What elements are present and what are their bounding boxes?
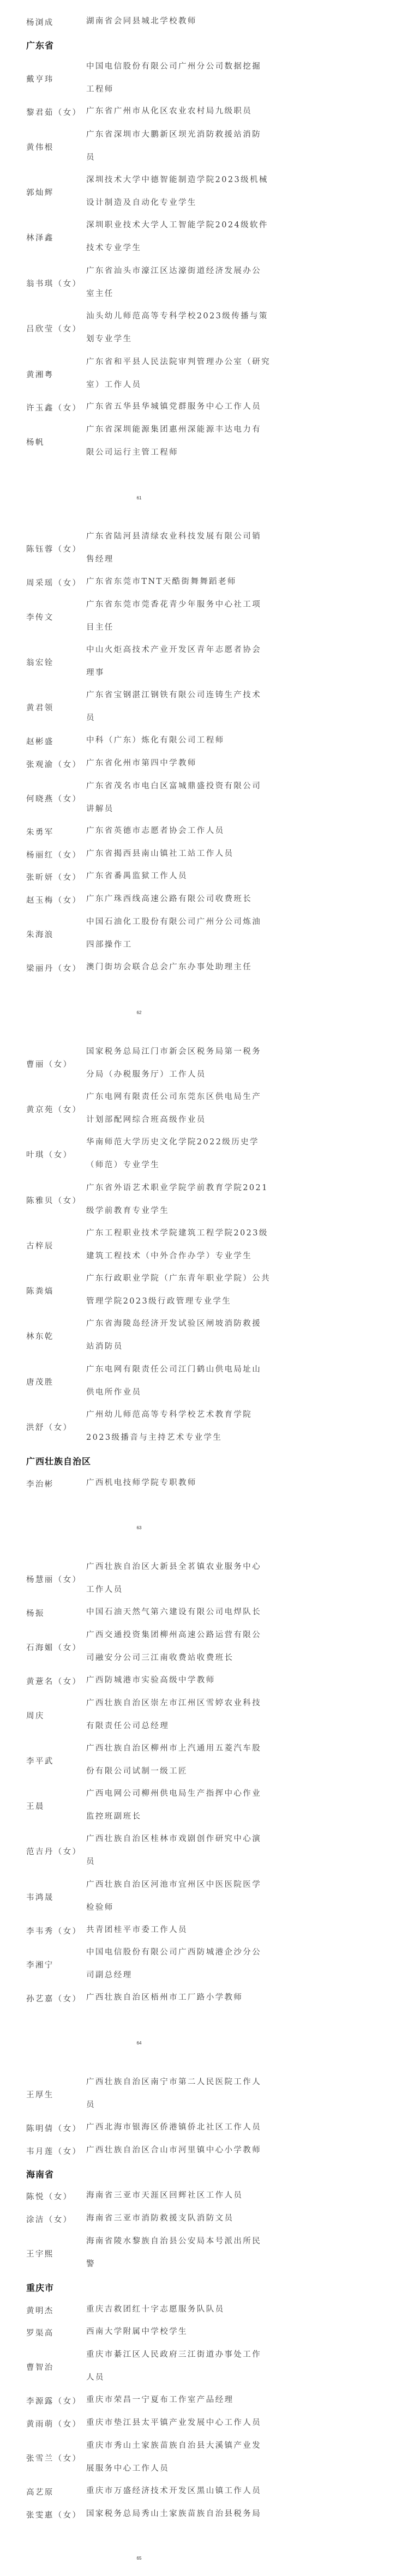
affiliation-line: 四部操作工 — [86, 934, 250, 957]
honoree-affiliation: 广东省东莞市莞香花青少年服务中心社工项目主任 — [86, 594, 250, 639]
affiliation-line: 广西防城港市实验高级中学教师 — [86, 1669, 250, 1692]
honoree-name: 黄湘粤 — [26, 369, 54, 380]
affiliation-line: 汕头幼儿师范高等专科学校2023级传播与策 — [86, 305, 250, 328]
honoree-affiliation: 中山火炬高技术产业开发区青年志愿者协会理事 — [86, 639, 250, 684]
affiliation-line: 广西机电技师学院专职教师 — [86, 1472, 250, 1495]
honoree-affiliation: 华南师范大学历史文化学院2022级历史学（师范）专业学生 — [86, 1131, 250, 1177]
honoree-affiliation: 广州幼儿师范高等专科学校艺术教育学院2023级播音与主持艺术专业学生 — [86, 1404, 250, 1449]
province-heading: 广东省 — [26, 39, 54, 51]
honoree-name: 张雯惠（女） — [26, 2509, 81, 2520]
honoree-affiliation: 重庆吉救团红十字志愿服务队队员 — [86, 2299, 250, 2321]
affiliation-line: 广西壮族自治区大新县全茗镇农业服务中心 — [86, 1556, 250, 1579]
affiliation-line: 检验师 — [86, 1897, 250, 1920]
honoree-affiliation: 广东广珠西线高速公路有限公司收费班长 — [86, 888, 250, 911]
honoree-name: 高艺原 — [26, 2486, 54, 2497]
honoree-affiliation: 湖南省会同县城北学校教师 — [86, 10, 250, 33]
affiliation-line: 广东省外语艺术职业学院学前教育学院2021 — [86, 1177, 250, 1200]
affiliation-line: 广西壮族自治区南宁市第二人民医院工作人 — [86, 2071, 250, 2094]
honoree-name: 林东乾 — [26, 1330, 54, 1342]
honoree-affiliation: 中科（广东）炼化有限公司工程师 — [86, 729, 250, 752]
affiliation-line: 广东省海陵岛经济开发试验区闸坡消防救援 — [86, 1313, 250, 1336]
affiliation-line: 广东行政职业学院（广东青年职业学院）公共 — [86, 1268, 250, 1290]
affiliation-line: 广东省东莞市莞香花青少年服务中心社工项 — [86, 594, 250, 617]
honoree-affiliation: 广西壮族自治区柳州市上汽通用五菱汽车股份有限公司试制一级工匠 — [86, 1738, 250, 1783]
honoree-affiliation: 广东省深圳市大鹏新区坝光消防救援站消防员 — [86, 124, 250, 169]
honoree-affiliation: 广西机电技师学院专职教师 — [86, 1472, 250, 1495]
honoree-affiliation: 重庆市荣昌一宁夏布工作室产品经理 — [86, 2389, 250, 2412]
affiliation-line: 理事 — [86, 662, 250, 685]
honoree-affiliation: 广东省东莞市TNT天酷街舞舞蹈老师 — [86, 571, 250, 594]
honoree-name: 王晨 — [26, 1800, 45, 1812]
honoree-name: 李源露（女） — [26, 2395, 81, 2406]
affiliation-line: 计划部配网综合班高级作业员 — [86, 1109, 250, 1132]
affiliation-line: 警 — [86, 2253, 250, 2276]
affiliation-line: 广西壮族自治区河池市宜州区中医医院医学 — [86, 1874, 250, 1897]
honoree-name: 郭灿辉 — [26, 186, 54, 198]
affiliation-line: 广西壮族自治区桂林市戏剧创作研究中心演 — [86, 1828, 250, 1851]
honoree-name: 周庆 — [26, 1710, 45, 1721]
honoree-name: 陈悦（女） — [26, 2191, 73, 2202]
honoree-name: 吕欣莹（女） — [26, 323, 81, 334]
affiliation-line: 中国电信股份有限公司广州分公司数据挖掘 — [86, 56, 250, 79]
honoree-affiliation: 深圳职业技术大学人工智能学院2024级软件技术专业学生 — [86, 214, 250, 260]
affiliation-line: 重庆市荣昌一宁夏布工作室产品经理 — [86, 2389, 250, 2412]
honoree-name: 杨慧丽（女） — [26, 1573, 81, 1585]
honoree-name: 朱勇军 — [26, 826, 54, 837]
affiliation-line: 限公司运行主管工程师 — [86, 442, 250, 464]
honoree-name: 梁丽丹（女） — [26, 962, 81, 974]
honoree-affiliation: 重庆市垫江县太平镇产业发展中心工作人员 — [86, 2412, 250, 2435]
honoree-affiliation: 广东省汕头市濠江区达濠街道经济发展办公室主任 — [86, 260, 250, 305]
affiliation-line: 中山火炬高技术产业开发区青年志愿者协会 — [86, 639, 250, 662]
honoree-affiliation: 广西交通投资集团柳州高速公路运营有限公司融安分公司三江南收费站收费班长 — [86, 1624, 250, 1669]
honoree-affiliation: 广东省揭西县南山镇社工站工作人员 — [86, 843, 250, 866]
page-number: 63 — [0, 1525, 278, 1530]
affiliation-line: 广东工程职业技术学院建筑工程学院2023级 — [86, 1222, 250, 1245]
honoree-name: 翁宏铨 — [26, 656, 54, 668]
honoree-name: 石海媚（女） — [26, 1642, 81, 1653]
honoree-name: 曹丽（女） — [26, 1058, 73, 1070]
affiliation-line: （师范）专业学生 — [86, 1154, 250, 1177]
affiliation-line: 广东广珠西线高速公路有限公司收费班长 — [86, 888, 250, 911]
honoree-name: 翁书琪（女） — [26, 277, 81, 289]
honoree-affiliation: 广东省深圳能源集团惠州深能源丰达电力有限公司运行主管工程师 — [86, 419, 250, 464]
affiliation-line: 工程师 — [86, 79, 250, 101]
affiliation-line: 重庆市秀山土家族苗族自治县大溪镇产业发 — [86, 2435, 250, 2458]
honoree-name: 黎君茹（女） — [26, 106, 81, 118]
honoree-name: 范吉丹（女） — [26, 1845, 81, 1857]
honoree-affiliation: 广东省英德市志愿者协会工作人员 — [86, 820, 250, 843]
affiliation-line: 广西壮族自治区合山市河里镇中心小学教师 — [86, 2139, 250, 2162]
affiliation-line: 2023级播音与主持艺术专业学生 — [86, 1427, 250, 1450]
honoree-name: 叶琪（女） — [26, 1149, 73, 1160]
affiliation-line: 广西交通投资集团柳州高速公路运营有限公 — [86, 1624, 250, 1647]
affiliation-line: 员 — [86, 2094, 250, 2117]
affiliation-line: 重庆市垫江县太平镇产业发展中心工作人员 — [86, 2412, 250, 2435]
affiliation-line: 展服务中心工作人员 — [86, 2458, 250, 2481]
affiliation-line: 供电所作业员 — [86, 1381, 250, 1404]
affiliation-line: 售经理 — [86, 548, 250, 571]
affiliation-line: 深圳技术大学中德智能制造学院2023级机械 — [86, 169, 250, 192]
honoree-affiliation: 广西壮族自治区合山市河里镇中心小学教师 — [86, 2139, 250, 2162]
honoree-name: 何晓燕（女） — [26, 793, 81, 804]
honoree-name: 李平武 — [26, 1755, 54, 1766]
affiliation-line: 湖南省会同县城北学校教师 — [86, 10, 250, 33]
affiliation-line: 重庆吉救团红十字志愿服务队队员 — [86, 2299, 250, 2321]
honoree-affiliation: 广西防城港市实验高级中学教师 — [86, 1669, 250, 1692]
honoree-name: 陈钰蓉（女） — [26, 543, 81, 554]
affiliation-line: 澳门街坊会联合总会广东办事处助理主任 — [86, 956, 250, 979]
honoree-affiliation: 中国石油化工股份有限公司广州分公司炼油四部操作工 — [86, 911, 250, 956]
affiliation-line: 广东省深圳市大鹏新区坝光消防救援站消防 — [86, 124, 250, 147]
honoree-affiliation: 广西壮族自治区崇左市江州区雪婷农业科技有限责任公司总经理 — [86, 1692, 250, 1738]
honoree-affiliation: 广东省和平县人民法院审判管理办公室（研究室）工作人员 — [86, 351, 250, 396]
honoree-name: 戴亨玮 — [26, 73, 54, 85]
affiliation-line: 西南大学附属中学校学生 — [86, 2321, 250, 2344]
affiliation-line: 员 — [86, 707, 250, 730]
affiliation-line: 广西壮族自治区梧州市工厂路小学教师 — [86, 1987, 250, 2010]
honoree-name: 张观渝（女） — [26, 758, 81, 770]
honoree-name: 赵玉梅（女） — [26, 894, 81, 906]
affiliation-line: 司副总经理 — [86, 1964, 250, 1987]
honoree-name: 曹智治 — [26, 2361, 54, 2373]
affiliation-line: 海南省陵水黎族自治县公安局本号派出所民 — [86, 2230, 250, 2253]
affiliation-line: 级学前教育专业学生 — [86, 1200, 250, 1223]
honoree-name: 黄君领 — [26, 702, 54, 713]
honoree-affiliation: 广东省外语艺术职业学院学前教育学院2021级学前教育专业学生 — [86, 1177, 250, 1222]
honoree-name: 杨振 — [26, 1607, 45, 1619]
page-number: 65 — [0, 2556, 278, 2561]
honoree-name: 李韦秀（女） — [26, 1925, 81, 1936]
affiliation-line: 广西壮族自治区柳州市上汽通用五菱汽车股 — [86, 1738, 250, 1760]
affiliation-line: 广东省茂名市电白区富城鼎盛投资有限公司 — [86, 775, 250, 798]
honoree-affiliation: 国家税务总局江门市新会区税务局第一税务分局（办税服务厅）工作人员 — [86, 1041, 250, 1086]
honoree-name: 杨帆 — [26, 436, 45, 448]
honoree-name: 涂洁（女） — [26, 2213, 73, 2225]
honoree-affiliation: 广西壮族自治区南宁市第二人民医院工作人员 — [86, 2071, 250, 2116]
honoree-affiliation: 共青团桂平市委工作人员 — [86, 1919, 250, 1942]
affiliation-line: 中国石油天然气第六建设有限公司电焊队长 — [86, 1601, 250, 1624]
affiliation-line: 广东省汕头市濠江区达濠街道经济发展办公 — [86, 260, 250, 283]
honoree-affiliation: 深圳技术大学中德智能制造学院2023级机械设计制造及自动化专业学生 — [86, 169, 250, 214]
affiliation-line: 目主任 — [86, 617, 250, 640]
affiliation-line: 监控班副班长 — [86, 1806, 250, 1829]
affiliation-line: 员 — [86, 147, 250, 170]
affiliation-line: 广州幼儿师范高等专科学校艺术教育学院 — [86, 1404, 250, 1427]
honoree-affiliation: 广东省广州市从化区农业农村局九级职员 — [86, 100, 250, 123]
affiliation-line: 讲解员 — [86, 798, 250, 821]
affiliation-line: 分局（办税服务厅）工作人员 — [86, 1064, 250, 1087]
honoree-affiliation: 广东省五华县华城镇党群服务中心工作人员 — [86, 396, 250, 419]
affiliation-line: 管理学院2023级行政管理专业学生 — [86, 1290, 250, 1313]
honoree-name: 张昕妍（女） — [26, 871, 81, 883]
affiliation-line: 中国石油化工股份有限公司广州分公司炼油 — [86, 911, 250, 934]
honoree-affiliation: 海南省三亚市消防救援支队消防文员 — [86, 2207, 250, 2230]
honoree-affiliation: 汕头幼儿师范高等专科学校2023级传播与策划专业学生 — [86, 305, 250, 351]
honoree-affiliation: 广东电网有限责任公司东莞东区供电局生产计划部配网综合班高级作业员 — [86, 1086, 250, 1131]
honoree-affiliation: 重庆市万盛经济技术开发区黑山镇工作人员 — [86, 2480, 250, 2503]
honoree-name: 黄伟根 — [26, 141, 54, 153]
honoree-affiliation: 广西壮族自治区大新县全茗镇农业服务中心工作人员 — [86, 1556, 250, 1601]
affiliation-line: 深圳职业技术大学人工智能学院2024级软件 — [86, 214, 250, 237]
affiliation-line: 重庆市綦江区人民政府三江街道办事处工作 — [86, 2344, 250, 2367]
honoree-name: 杨丽红（女） — [26, 849, 81, 860]
honoree-name: 黄薏名（女） — [26, 1675, 81, 1687]
affiliation-line: 室）工作人员 — [86, 374, 250, 397]
affiliation-line: 共青团桂平市委工作人员 — [86, 1919, 250, 1942]
page-number: 64 — [0, 2041, 278, 2046]
honoree-affiliation: 西南大学附属中学校学生 — [86, 2321, 250, 2344]
honoree-affiliation: 广西电网公司柳州供电局生产指挥中心作业监控班副班长 — [86, 1783, 250, 1828]
honoree-affiliation: 重庆市綦江区人民政府三江街道办事处工作人员 — [86, 2344, 250, 2389]
affiliation-line: 广东省英德市志愿者协会工作人员 — [86, 820, 250, 843]
honoree-affiliation: 中国电信股份有限公司广西防城港企沙分公司副总经理 — [86, 1941, 250, 1987]
honoree-affiliation: 广西壮族自治区桂林市戏剧创作研究中心演员 — [86, 1828, 250, 1873]
affiliation-line: 广东省深圳能源集团惠州深能源丰达电力有 — [86, 419, 250, 442]
honoree-affiliation: 广东省海陵岛经济开发试验区闸坡消防救援站消防员 — [86, 1313, 250, 1358]
honoree-name: 唐茂胜 — [26, 1376, 54, 1387]
honoree-affiliation: 广东省化州市第四中学教师 — [86, 752, 250, 775]
affiliation-line: 海南省三亚市消防救援支队消防文员 — [86, 2207, 250, 2230]
honoree-affiliation: 广西北海市银海区侨港镇侨北社区工作人员 — [86, 2116, 250, 2139]
honoree-affiliation: 广东省陆河县清绿农业科技发展有限公司销售经理 — [86, 526, 250, 571]
honoree-affiliation: 重庆市秀山土家族苗族自治县大溪镇产业发展服务中心工作人员 — [86, 2435, 250, 2480]
honoree-name: 王宇熙 — [26, 2248, 54, 2259]
province-heading: 海南省 — [26, 2168, 54, 2180]
honoree-name: 赵彬盛 — [26, 735, 54, 747]
honoree-name: 韦月莲（女） — [26, 2145, 81, 2157]
honoree-affiliation: 广东行政职业学院（广东青年职业学院）公共管理学院2023级行政管理专业学生 — [86, 1268, 250, 1313]
affiliation-line: 华南师范大学历史文化学院2022级历史学 — [86, 1131, 250, 1154]
honoree-affiliation: 海南省陵水黎族自治县公安局本号派出所民警 — [86, 2230, 250, 2276]
affiliation-line: 广东省东莞市TNT天酷街舞舞蹈老师 — [86, 571, 250, 594]
honoree-name: 古梓辰 — [26, 1240, 54, 1251]
affiliation-line: 员 — [86, 1851, 250, 1874]
honoree-name: 黄明杰 — [26, 2304, 54, 2316]
honoree-affiliation: 澳门街坊会联合总会广东办事处助理主任 — [86, 956, 250, 979]
honoree-affiliation: 国家税务总局秀山土家族苗族自治县税务局 — [86, 2503, 250, 2526]
affiliation-line: 中国电信股份有限公司广西防城港企沙分公 — [86, 1941, 250, 1964]
affiliation-line: 广东省番禺监狱工作人员 — [86, 865, 250, 888]
page-number: 61 — [0, 496, 278, 500]
honoree-name: 陈粪熇 — [26, 1285, 54, 1296]
affiliation-line: 国家税务总局江门市新会区税务局第一税务 — [86, 1041, 250, 1064]
honoree-name: 罗渠高 — [26, 2327, 54, 2338]
affiliation-line: 设计制造及自动化专业学生 — [86, 192, 250, 215]
honoree-affiliation: 广西壮族自治区梧州市工厂路小学教师 — [86, 1987, 250, 2010]
honoree-name: 黄京苑（女） — [26, 1103, 81, 1115]
honoree-name: 黄雨萌（女） — [26, 2418, 81, 2429]
affiliation-line: 广东省陆河县清绿农业科技发展有限公司销 — [86, 526, 250, 548]
honoree-affiliation: 海南省三亚市天涯区回辉社区工作人员 — [86, 2185, 250, 2207]
honoree-name: 林泽鑫 — [26, 232, 54, 243]
affiliation-line: 建筑工程技术（中外合作办学）专业学生 — [86, 1245, 250, 1268]
affiliation-line: 广西北海市银海区侨港镇侨北社区工作人员 — [86, 2116, 250, 2139]
affiliation-line: 工作人员 — [86, 1579, 250, 1602]
affiliation-line: 广东省化州市第四中学教师 — [86, 752, 250, 775]
honoree-name: 孙艺嘉（女） — [26, 1993, 81, 2004]
honoree-name: 王厚生 — [26, 2089, 54, 2100]
honoree-affiliation: 广东工程职业技术学院建筑工程学院2023级建筑工程技术（中外合作办学）专业学生 — [86, 1222, 250, 1268]
province-heading: 重庆市 — [26, 2281, 54, 2294]
page-number: 62 — [0, 1010, 278, 1015]
affiliation-line: 广东省揭西县南山镇社工站工作人员 — [86, 843, 250, 866]
affiliation-line: 广东电网有限责任公司江门鹤山供电局址山 — [86, 1359, 250, 1381]
affiliation-line: 广东省和平县人民法院审判管理办公室（研究 — [86, 351, 250, 374]
affiliation-line: 站消防员 — [86, 1336, 250, 1359]
affiliation-line: 划专业学生 — [86, 328, 250, 351]
province-heading: 广西壮族自治区 — [26, 1455, 91, 1467]
affiliation-line: 广西壮族自治区崇左市江州区雪婷农业科技 — [86, 1692, 250, 1715]
honoree-name: 张雪兰（女） — [26, 2452, 81, 2464]
honoree-affiliation: 中国电信股份有限公司广州分公司数据挖掘工程师 — [86, 56, 250, 101]
honoree-name: 李传文 — [26, 611, 54, 623]
affiliation-line: 司融安分公司三江南收费站收费班长 — [86, 1647, 250, 1670]
honoree-name: 朱海浪 — [26, 928, 54, 940]
honoree-name: 陈雅贝（女） — [26, 1195, 81, 1206]
affiliation-line: 广西电网公司柳州供电局生产指挥中心作业 — [86, 1783, 250, 1806]
honoree-name: 韦鸿晟 — [26, 1891, 54, 1903]
affiliation-line: 中科（广东）炼化有限公司工程师 — [86, 729, 250, 752]
honoree-name: 周采瑶（女） — [26, 577, 81, 588]
affiliation-line: 重庆市万盛经济技术开发区黑山镇工作人员 — [86, 2480, 250, 2503]
honoree-affiliation: 广西壮族自治区河池市宜州区中医医院医学检验师 — [86, 1874, 250, 1919]
affiliation-line: 技术专业学生 — [86, 237, 250, 260]
honoree-affiliation: 广东电网有限责任公司江门鹤山供电局址山供电所作业员 — [86, 1359, 250, 1404]
affiliation-line: 有限责任公司总经理 — [86, 1715, 250, 1738]
honoree-affiliation: 广东省番禺监狱工作人员 — [86, 865, 250, 888]
honoree-affiliation: 广东省茂名市电白区富城鼎盛投资有限公司讲解员 — [86, 775, 250, 821]
affiliation-line: 广东省五华县华城镇党群服务中心工作人员 — [86, 396, 250, 419]
honoree-name: 许玉鑫（女） — [26, 402, 81, 413]
honoree-name: 李湘宁 — [26, 1959, 54, 1970]
honoree-name: 杨浏成 — [26, 16, 54, 28]
honoree-name: 洪舒（女） — [26, 1421, 73, 1433]
honoree-affiliation: 广东省宝钢湛江钢铁有限公司连铸生产技术员 — [86, 684, 250, 729]
affiliation-line: 广东电网有限责任公司东莞东区供电局生产 — [86, 1086, 250, 1109]
affiliation-line: 广东省广州市从化区农业农村局九级职员 — [86, 100, 250, 123]
affiliation-line: 国家税务总局秀山土家族苗族自治县税务局 — [86, 2503, 250, 2526]
affiliation-line: 海南省三亚市天涯区回辉社区工作人员 — [86, 2185, 250, 2207]
honoree-affiliation: 中国石油天然气第六建设有限公司电焊队长 — [86, 1601, 250, 1624]
affiliation-line: 人员 — [86, 2367, 250, 2390]
honoree-name: 李治彬 — [26, 1478, 54, 1489]
affiliation-line: 广东省宝钢湛江钢铁有限公司连铸生产技术 — [86, 684, 250, 707]
affiliation-line: 室主任 — [86, 283, 250, 306]
affiliation-line: 份有限公司试制一级工匠 — [86, 1760, 250, 1783]
honoree-name: 陈明倩（女） — [26, 2122, 81, 2134]
